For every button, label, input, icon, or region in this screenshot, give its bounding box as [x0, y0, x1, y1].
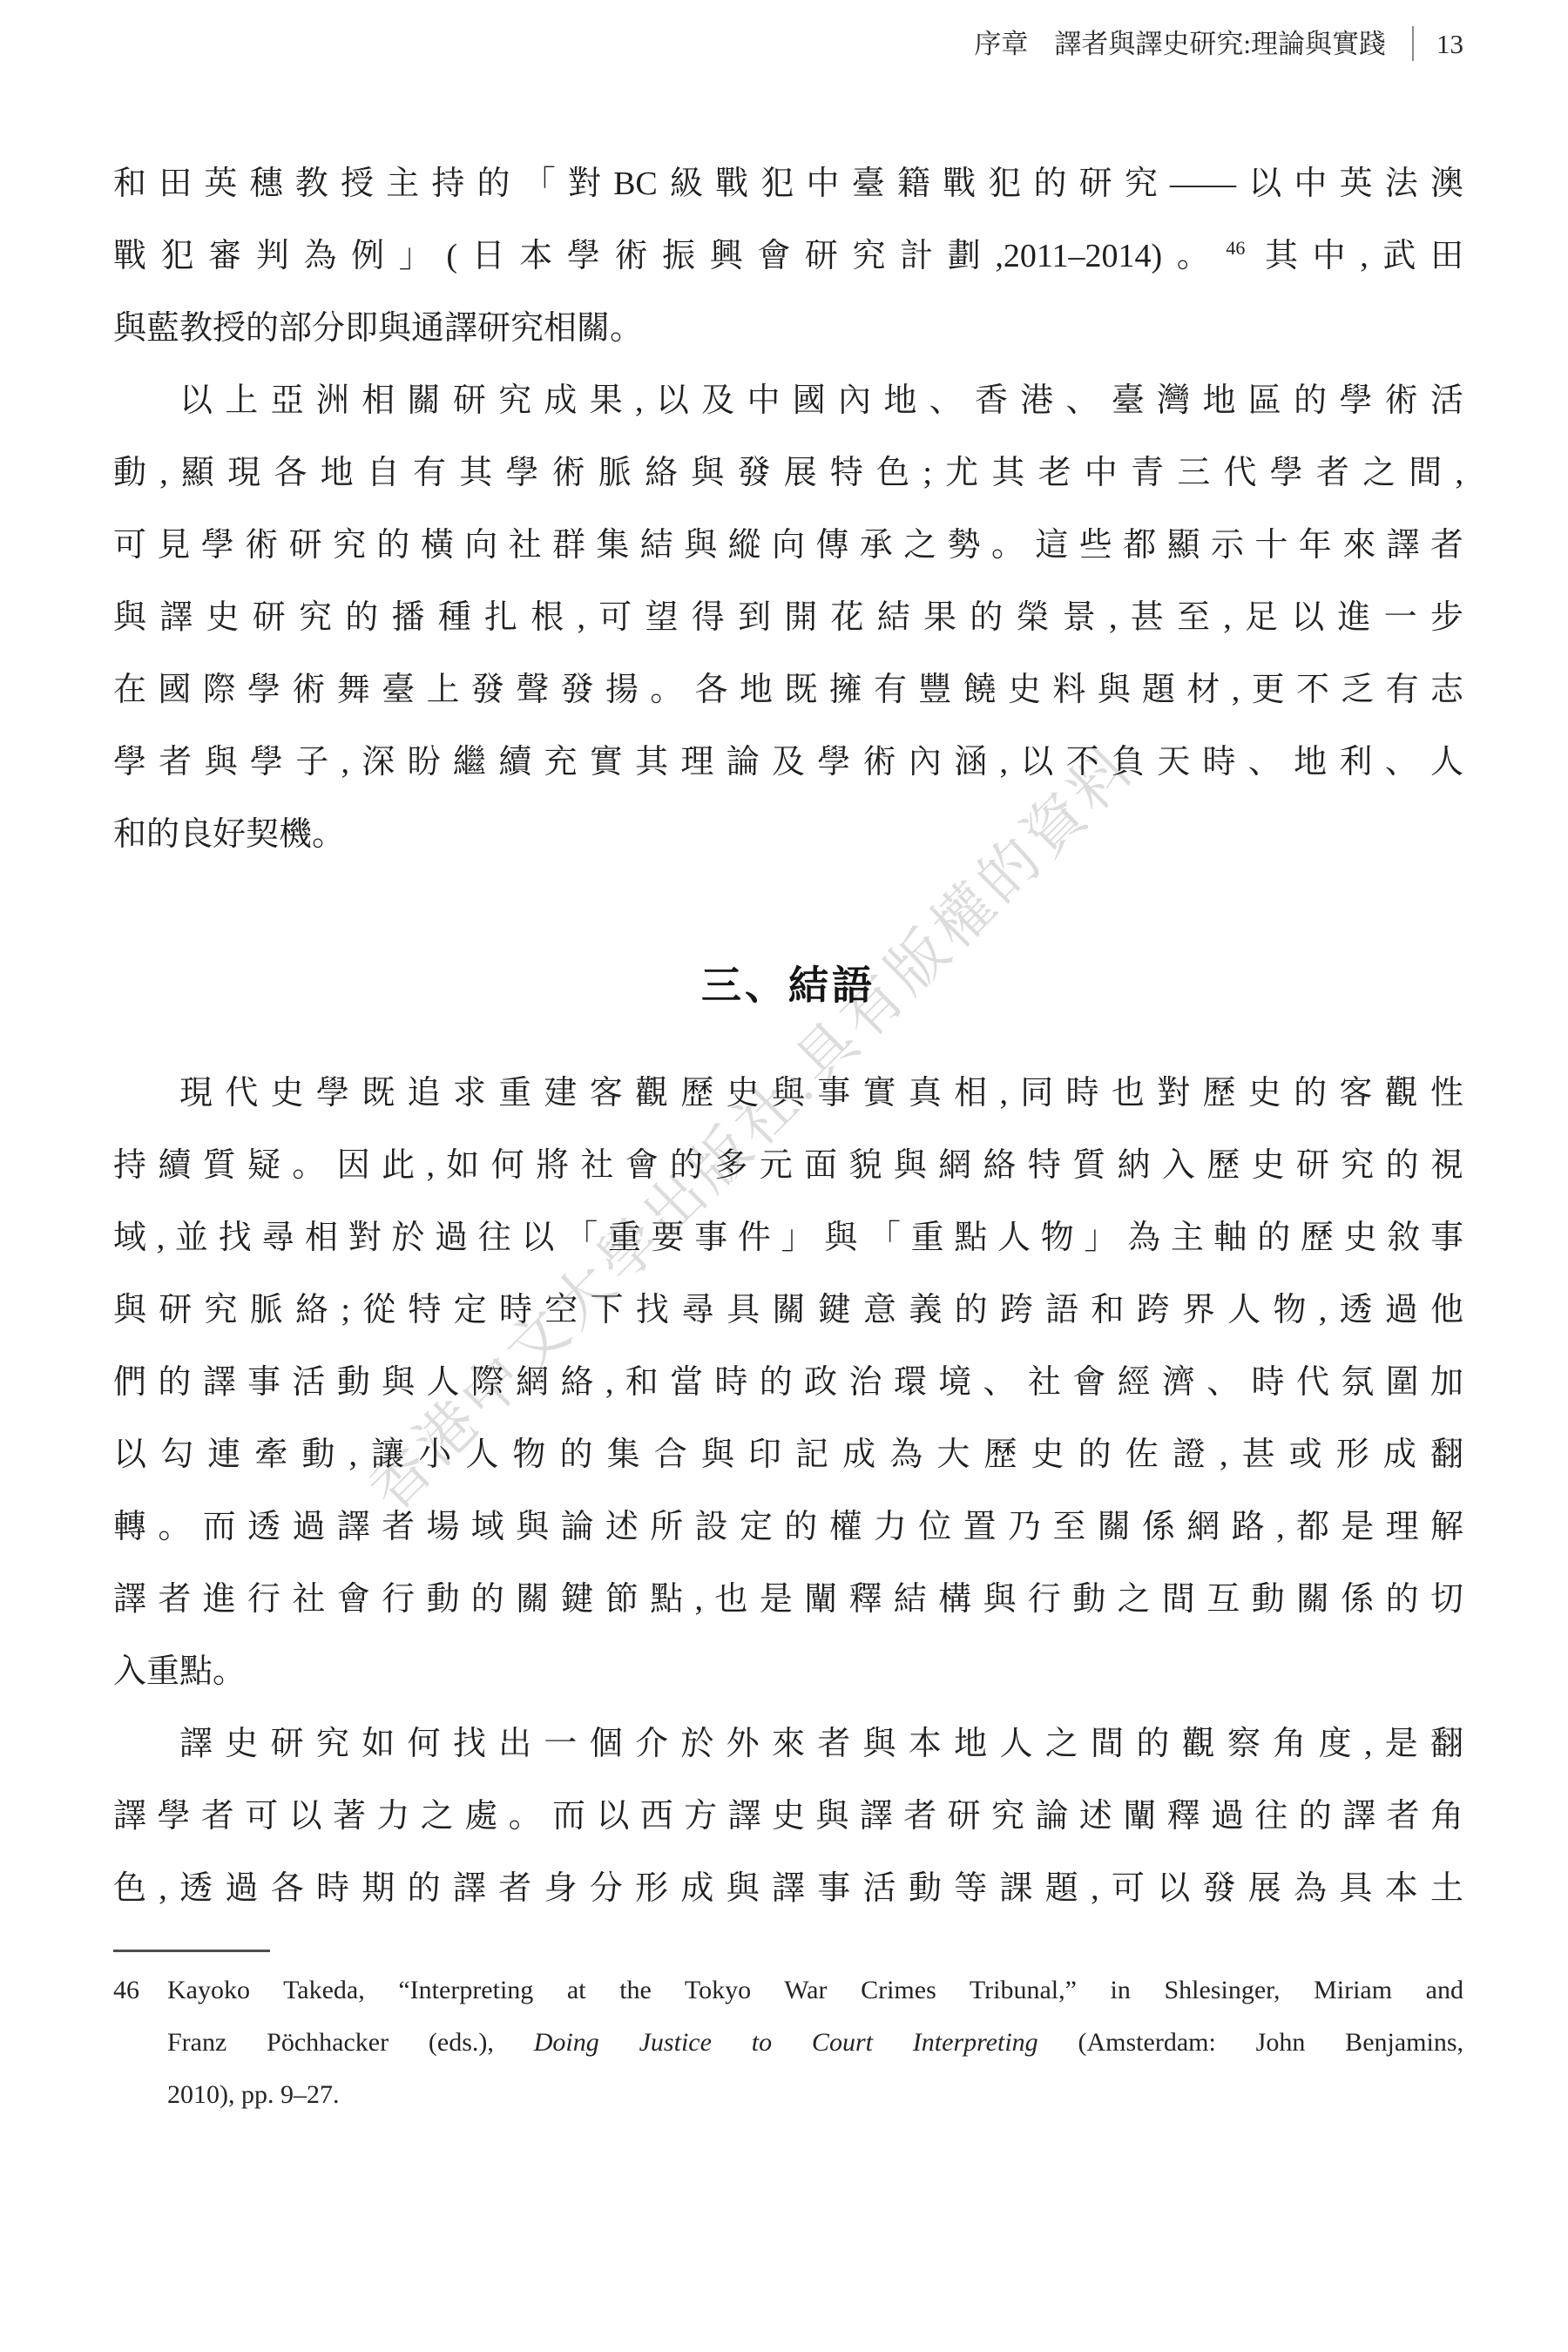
body-line: 們的譯事活動與人際網絡,和當時的政治環境、社會經濟、時代氛圍加 — [113, 1347, 1463, 1419]
body-line: 與藍教授的部分即與通譯研究相關。 — [113, 293, 1463, 365]
body-line: 動,顯現各地自有其學術脈絡與發展特色;尤其老中青三代學者之間, — [113, 437, 1463, 510]
body-line: 現代史學既追求重建客觀歷史與事實真相,同時也對歷史的客觀性 — [113, 1058, 1463, 1130]
body-line: 和田英穗教授主持的「對BC級戰犯中臺籍戰犯的研究——以中英法澳 — [113, 148, 1463, 220]
body-line: 戰犯審判為例」(日本學術振興會研究計劃,2011–2014)。46其中,武田 — [113, 220, 1463, 293]
footnote-number: 46 — [113, 1964, 139, 2017]
header-divider — [1412, 26, 1414, 61]
body-line: 可見學術研究的橫向社群集結與縱向傳承之勢。這些都顯示十年來譯者 — [113, 510, 1463, 582]
body-line-segment: 戰犯審判為例」(日本學術振興會研究計劃,2011–2014)。 — [113, 238, 1224, 274]
footnote-line: 46Kayoko Takeda, “Interpreting at the To… — [113, 1964, 1463, 2017]
footnote-line: 2010), pp. 9–27. — [113, 2069, 1463, 2121]
running-head-title: 譯者與譯史研究:理論與實踐 — [1054, 29, 1386, 59]
body-line: 入重點。 — [113, 1636, 1463, 1708]
body-line: 譯者進行社會行動的關鍵節點,也是闡釋結構與行動之間互動關係的切 — [113, 1564, 1463, 1636]
body-line: 持續質疑。因此,如何將社會的多元面貌與網絡特質納入歷史研究的視 — [113, 1130, 1463, 1202]
body-line: 學者與學子,深盼繼續充實其理論及學術內涵,以不負天時、地利、人 — [113, 727, 1463, 799]
page-number: 13 — [1436, 29, 1463, 59]
footnote-text-segment: Franz Pöchhacker (eds.), — [167, 2028, 534, 2057]
section-heading: 三、結語 — [113, 954, 1463, 1011]
body-line: 域,並找尋相對於過往以「重要事件」與「重點人物」為主軸的歷史敘事 — [113, 1202, 1463, 1274]
body-line: 以上亞洲相關研究成果,以及中國內地、香港、臺灣地區的學術活 — [113, 365, 1463, 437]
chapter-label: 序章 — [974, 29, 1028, 59]
body-line: 以勾連牽動,讓小人物的集合與印記成為大歷史的佐證,甚或形成翻 — [113, 1419, 1463, 1491]
footnote-text-segment: (Amsterdam: John Benjamins, — [1038, 2028, 1463, 2057]
footnote-line: Franz Pöchhacker (eds.), Doing Justice t… — [113, 2017, 1463, 2069]
body-line: 譯史研究如何找出一個介於外來者與本地人之間的觀察角度,是翻 — [113, 1708, 1463, 1781]
body-line: 與研究脈絡;從特定時空下找尋具關鍵意義的跨語和跨界人物,透過他 — [113, 1274, 1463, 1347]
body-line: 色,透過各時期的譯者身分形成與譯事活動等課題,可以發展為具本土 — [113, 1853, 1463, 1925]
footnote-text-segment: Kayoko Takeda, “Interpreting at the Toky… — [167, 1976, 1463, 2004]
running-head: 序章譯者與譯史研究:理論與實踐13 — [113, 26, 1463, 62]
footnote-book-title: Doing Justice to Court Interpreting — [534, 2028, 1038, 2057]
footnote: 46Kayoko Takeda, “Interpreting at the To… — [113, 1964, 1463, 2121]
body-line: 在國際學術舞臺上發聲發揚。各地既擁有豐饒史料與題材,更不乏有志 — [113, 654, 1463, 727]
footnote-ref-46: 46 — [1226, 237, 1245, 259]
footnote-rule — [113, 1950, 270, 1952]
body-line: 轉。而透過譯者場域與論述所設定的權力位置乃至關係網路,都是理解 — [113, 1491, 1463, 1564]
body-block-top: 和田英穗教授主持的「對BC級戰犯中臺籍戰犯的研究——以中英法澳 戰犯審判為例」(… — [113, 148, 1463, 871]
body-line-segment: 其中,武田 — [1250, 238, 1463, 274]
body-line: 譯學者可以著力之處。而以西方譯史與譯者研究論述闡釋過往的譯者角 — [113, 1781, 1463, 1853]
body-line: 與譯史研究的播種扎根,可望得到開花結果的榮景,甚至,足以進一步 — [113, 582, 1463, 654]
book-page: 序章譯者與譯史研究:理論與實踐13 和田英穗教授主持的「對BC級戰犯中臺籍戰犯的… — [0, 0, 1568, 2352]
body-block-bottom: 現代史學既追求重建客觀歷史與事實真相,同時也對歷史的客觀性 持續質疑。因此,如何… — [113, 1058, 1463, 1925]
body-line: 和的良好契機。 — [113, 799, 1463, 871]
